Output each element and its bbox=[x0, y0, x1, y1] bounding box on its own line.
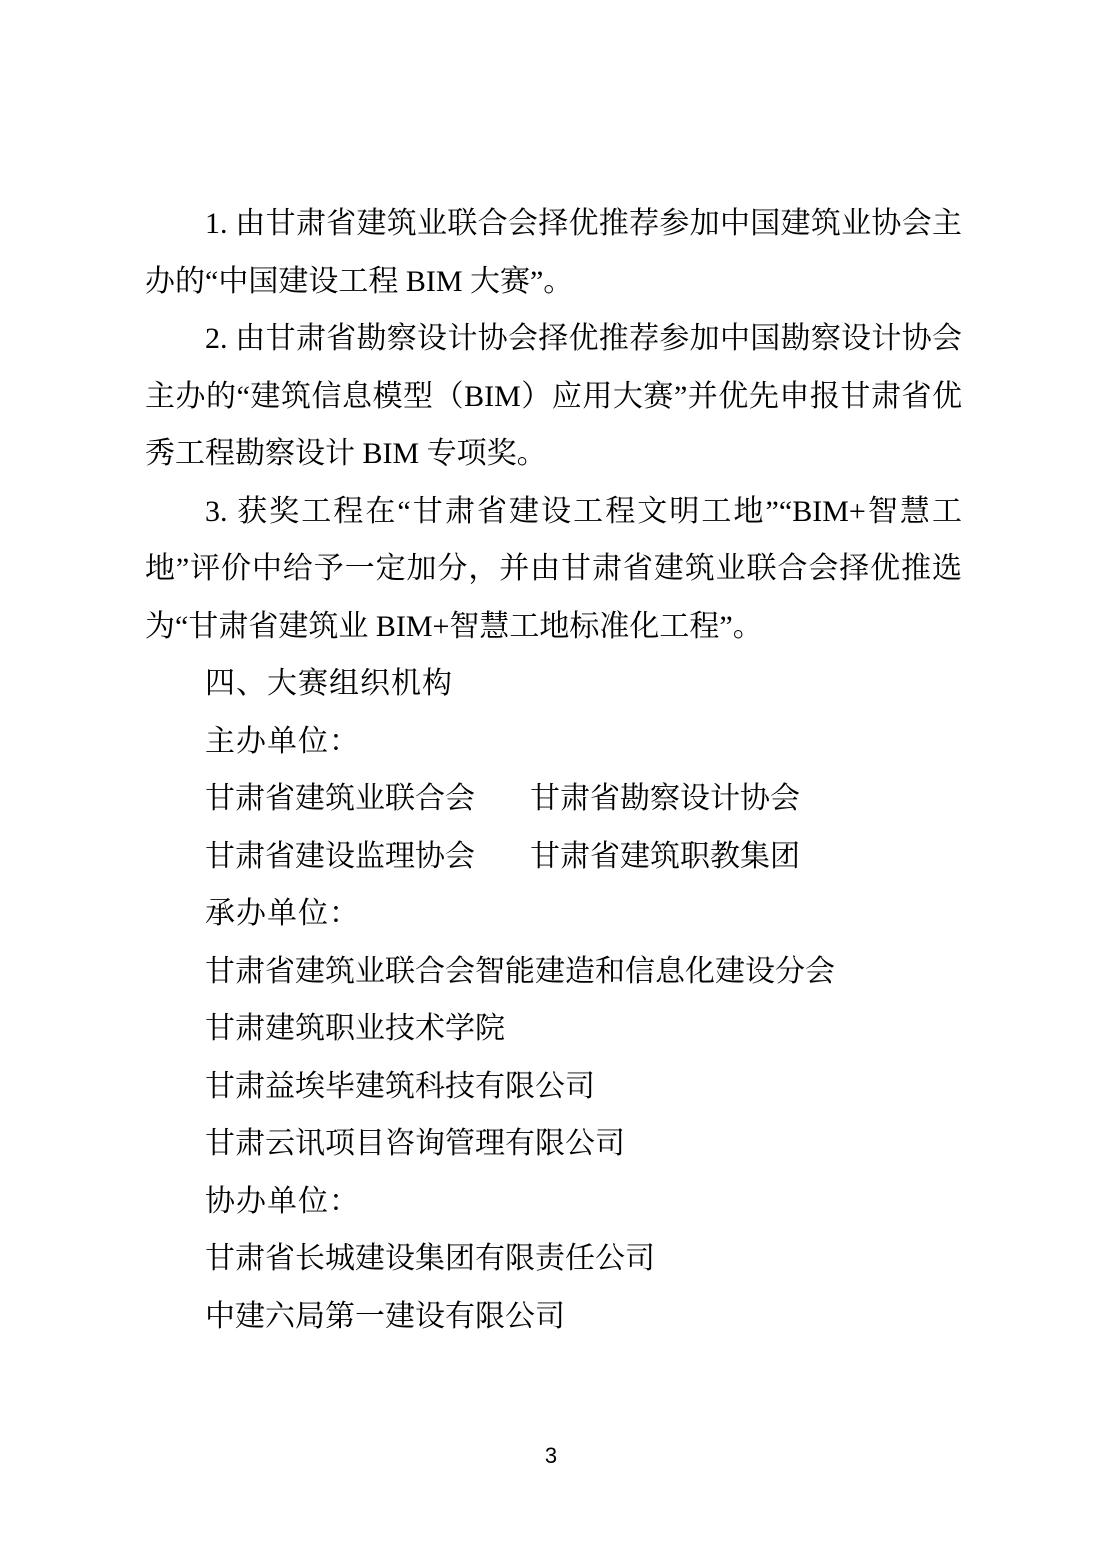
organizer-name: 甘肃省建筑职教集团 bbox=[530, 828, 800, 886]
co-organizer-name: 中建六局第一建设有限公司 bbox=[145, 1288, 962, 1346]
organizer-name: 甘肃省勘察设计协会 bbox=[530, 770, 800, 828]
organizers-label: 主办单位： bbox=[145, 713, 962, 771]
document-content: 1. 由甘肃省建筑业联合会择优推荐参加中国建筑业协会主办的“中国建设工程 BIM… bbox=[145, 195, 962, 1345]
organizer-name: 甘肃省建设监理协会 bbox=[205, 840, 475, 873]
page-footer: 3 bbox=[0, 1441, 1102, 1471]
page-number: 3 bbox=[545, 1443, 557, 1468]
undertakers-label: 承办单位： bbox=[145, 885, 962, 943]
undertaker-name: 甘肃益埃毕建筑科技有限公司 bbox=[145, 1058, 962, 1116]
co-organizers-label: 协办单位： bbox=[145, 1173, 962, 1231]
document-page: 1. 由甘肃省建筑业联合会择优推荐参加中国建筑业协会主办的“中国建设工程 BIM… bbox=[0, 0, 1102, 1559]
body-paragraph-3: 3. 获奖工程在“甘肃省建设工程文明工地”“BIM+智慧工地”评价中给予一定加分… bbox=[145, 483, 962, 656]
organizer-name: 甘肃省建筑业联合会 bbox=[205, 782, 475, 815]
body-paragraph-2: 2. 由甘肃省勘察设计协会择优推荐参加中国勘察设计协会主办的“建筑信息模型（BI… bbox=[145, 310, 962, 483]
organizers-row-1: 甘肃省建筑业联合会甘肃省勘察设计协会 bbox=[145, 770, 962, 828]
co-organizer-name: 甘肃省长城建设集团有限责任公司 bbox=[145, 1230, 962, 1288]
undertaker-name: 甘肃云讯项目咨询管理有限公司 bbox=[145, 1115, 962, 1173]
body-paragraph-1: 1. 由甘肃省建筑业联合会择优推荐参加中国建筑业协会主办的“中国建设工程 BIM… bbox=[145, 195, 962, 310]
section-heading: 四、大赛组织机构 bbox=[145, 655, 962, 713]
undertaker-name: 甘肃省建筑业联合会智能建造和信息化建设分会 bbox=[145, 943, 962, 1001]
undertaker-name: 甘肃建筑职业技术学院 bbox=[145, 1000, 962, 1058]
organizers-row-2: 甘肃省建设监理协会甘肃省建筑职教集团 bbox=[145, 828, 962, 886]
